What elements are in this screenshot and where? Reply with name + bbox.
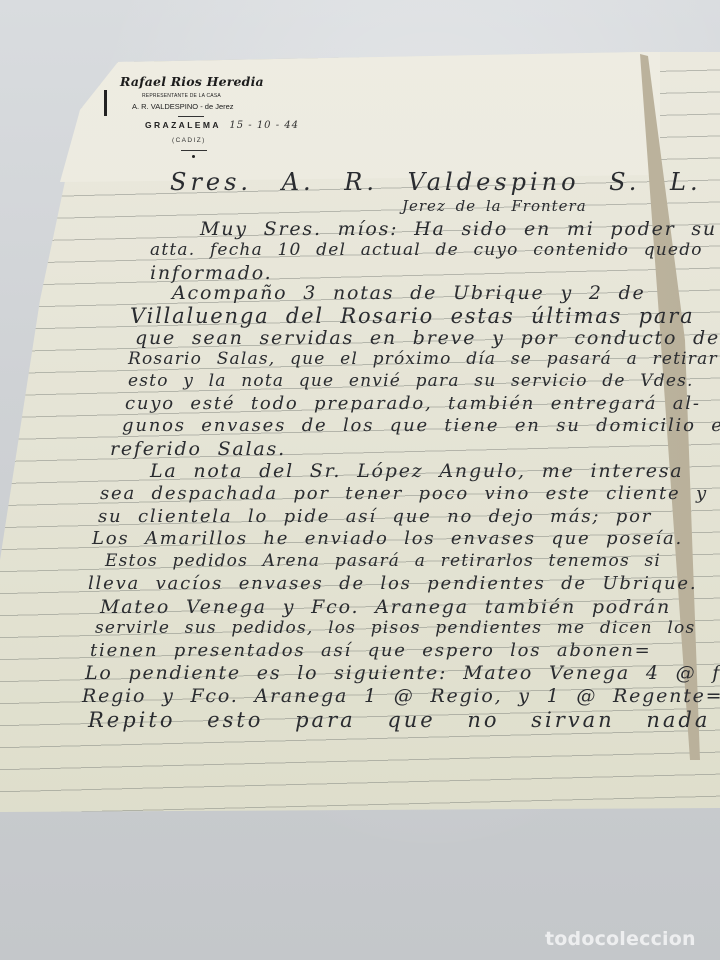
handwritten-line: Mateo Venega y Fco. Aranega también podr…	[100, 596, 671, 618]
letterhead-place: GRAZALEMA 15 - 10 - 44	[145, 120, 299, 131]
handwritten-line: lleva vacíos envases de los pendientes d…	[88, 573, 697, 594]
watermark: todocoleccion	[545, 928, 696, 950]
handwritten-line: Lo pendiente es lo siguiente: Mateo Vene…	[85, 662, 720, 684]
recipient-city: Jerez de la Frontera	[402, 197, 587, 215]
letterhead-province: (CADIZ)	[172, 137, 206, 144]
letterhead-dot	[192, 155, 195, 158]
handwritten-line: informado.	[150, 262, 273, 284]
handwritten-line: La nota del Sr. López Angulo, me interes…	[150, 460, 683, 482]
handwritten-line: Villaluenga del Rosario estas últimas pa…	[130, 304, 694, 328]
letter-date: 15 - 10 - 44	[229, 120, 299, 131]
handwritten-line: gunos envases de los que tiene en su dom…	[122, 415, 720, 436]
handwritten-line: esto y la nota que envié para su servici…	[128, 371, 694, 391]
handwritten-line: referido Salas.	[110, 438, 286, 460]
handwritten-line: Estos pedidos Arena pasará a retirarlos …	[105, 551, 661, 571]
letterhead: Rafael Rios Heredia REPRESENTANTE DE LA …	[120, 74, 264, 117]
handwritten-line: que sean servidas en breve y por conduct…	[135, 327, 720, 349]
letterhead-representative: REPRESENTANTE DE LA CASA	[142, 93, 264, 99]
handwritten-line: Regio y Fco. Aranega 1 @ Regio, y 1 @ Re…	[82, 685, 720, 707]
handwritten-line: Los Amarillos he enviado los envases que…	[92, 528, 683, 549]
recipient-line: Sres. A. R. Valdespino S. L.	[170, 168, 702, 196]
place-name: GRAZALEMA	[145, 120, 221, 130]
handwritten-line: sea despachada por tener poco vino este …	[100, 483, 708, 504]
handwritten-line: tienen presentados así que espero los ab…	[90, 640, 651, 661]
letterhead-name: Rafael Rios Heredia	[120, 74, 264, 89]
binding-mark	[104, 90, 107, 116]
handwritten-line: su clientela lo pide así que no dejo más…	[98, 506, 652, 527]
handwritten-line: atta. fecha 10 del actual de cuyo conten…	[150, 240, 703, 260]
handwritten-line: Rosario Salas, que el próximo día se pas…	[128, 349, 718, 369]
handwritten-line: cuyo esté todo preparado, también entreg…	[125, 393, 701, 414]
letterhead-rule-2	[181, 150, 207, 151]
handwritten-line: Repito esto para que no sirvan nada m	[88, 708, 720, 732]
handwritten-line: Acompaño 3 notas de Ubrique y 2 de	[172, 282, 646, 304]
handwritten-line: servirle sus pedidos, los pisos pendient…	[95, 618, 695, 638]
letterhead-rule	[178, 116, 204, 117]
letterhead-house: A. R. VALDESPINO - de Jerez	[132, 102, 264, 111]
handwritten-line: Muy Sres. míos: Ha sido en mi poder su	[200, 218, 717, 240]
